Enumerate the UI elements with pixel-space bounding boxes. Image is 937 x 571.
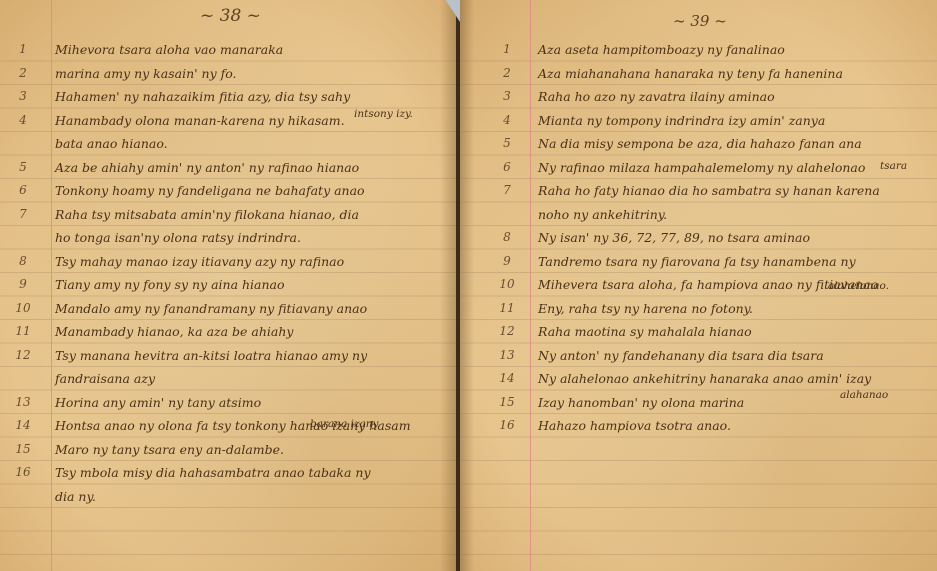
text-line: 4Mianta ny tompony indrindra izy amin' z… [460, 109, 937, 133]
line-number: 15 [8, 438, 38, 462]
text-line: 5Aza be ahiahy amin' ny anton' ny rafina… [0, 156, 458, 180]
text-line: 13Horina any amin' ny tany atsimo [0, 391, 458, 415]
page-number: ~ 38 ~ [200, 6, 261, 26]
line-number: 5 [492, 132, 522, 156]
line-text: Tiany amy ny fony sy ny aina hianao [55, 273, 285, 297]
line-text: Tsy mbola misy dia hahasambatra anao tab… [55, 461, 371, 485]
line-text: Na dia misy sempona be aza, dia hahazo f… [538, 132, 862, 156]
line-number: 3 [8, 85, 38, 109]
line-text: Hahazo hampiova tsotra anao. [538, 414, 731, 438]
line-number: 8 [8, 250, 38, 274]
line-text: Maro ny tany tsara eny an-dalambe. [55, 438, 284, 462]
line-number: 15 [492, 391, 522, 415]
line-text: bata anao hianao. [55, 132, 168, 156]
text-line: ho tonga isan'ny olona ratsy indrindra. [0, 226, 458, 250]
line-text: Izay hanomban' ny olona marina [538, 391, 744, 415]
text-line: 9Tiany amy ny fony sy ny aina hianao [0, 273, 458, 297]
right-page: ~ 39 ~ 1Aza aseta hampitomboazy ny fanal… [460, 0, 937, 571]
line-number: 13 [8, 391, 38, 415]
line-text: Raha maotina sy mahalala hianao [538, 320, 752, 344]
line-text: Ny anton' ny fandehanany dia tsara dia t… [538, 344, 824, 368]
line-text: Hahamen' ny nahazaikim fitia azy, dia ts… [55, 85, 350, 109]
line-number: 11 [8, 320, 38, 344]
text-line: 7Raha tsy mitsabata amin'ny filokana hia… [0, 203, 458, 227]
line-number: 8 [492, 226, 522, 250]
line-text: Tandremo tsara ny fiarovana fa tsy hanam… [538, 250, 856, 274]
line-text: Hanambady olona manan-karena ny hikasam. [55, 109, 345, 133]
text-line: 3Hahamen' ny nahazaikim fitia azy, dia t… [0, 85, 458, 109]
interlinear-note: alahelonao. [828, 280, 889, 292]
line-number: 9 [8, 273, 38, 297]
line-number: 12 [8, 344, 38, 368]
line-number: 6 [8, 179, 38, 203]
text-line: 6Tonkony hoamy ny fandeligana ne bahafat… [0, 179, 458, 203]
interlinear-note: intsony izy. [354, 108, 413, 120]
text-line: 16Hahazo hampiova tsotra anao. [460, 414, 937, 438]
line-text: ho tonga isan'ny olona ratsy indrindra. [55, 226, 301, 250]
line-number: 4 [8, 109, 38, 133]
text-line: fandraisana azy [0, 367, 458, 391]
line-number: 1 [8, 38, 38, 62]
line-text: fandraisana azy [55, 367, 155, 391]
line-number: 16 [8, 461, 38, 485]
text-line: 14Ny alahelonao ankehitriny hanaraka ana… [460, 367, 937, 391]
line-text: Ny isan' ny 36, 72, 77, 89, no tsara ami… [538, 226, 810, 250]
line-number: 9 [492, 250, 522, 274]
text-line: 11Eny, raha tsy ny harena no fotony. [460, 297, 937, 321]
text-line: 10Mandalo amy ny fanandramany ny fitiava… [0, 297, 458, 321]
text-line: 8Ny isan' ny 36, 72, 77, 89, no tsara am… [460, 226, 937, 250]
line-number: 3 [492, 85, 522, 109]
left-page: ~ 38 ~ 1Mihevora tsara aloha vao manarak… [0, 0, 459, 571]
text-line: 12Tsy manana hevitra an-kitsi loatra hia… [0, 344, 458, 368]
line-text: marina amy ny kasain' ny fo. [55, 62, 237, 86]
text-line: 11Manambady hianao, ka aza be ahiahy [0, 320, 458, 344]
line-text: Manambady hianao, ka aza be ahiahy [55, 320, 293, 344]
text-line: 5Na dia misy sempona be aza, dia hahazo … [460, 132, 937, 156]
line-text: Aza miahanahana hanaraka ny teny fa hane… [538, 62, 843, 86]
line-number: 10 [492, 273, 522, 297]
interlinear-note: tsara [880, 160, 907, 172]
text-line: dia ny. [0, 485, 458, 509]
text-line: 1Aza aseta hampitomboazy ny fanalinao [460, 38, 937, 62]
line-text: Mandalo amy ny fanandramany ny fitiavany… [55, 297, 367, 321]
line-number: 6 [492, 156, 522, 180]
line-number: 2 [492, 62, 522, 86]
line-text: dia ny. [55, 485, 96, 509]
text-line: 1Mihevora tsara aloha vao manaraka [0, 38, 458, 62]
text-line: 2Aza miahanahana hanaraka ny teny fa han… [460, 62, 937, 86]
line-text: Raha ho faty hianao dia ho sambatra sy h… [538, 179, 880, 203]
text-line: 13Ny anton' ny fandehanany dia tsara dia… [460, 344, 937, 368]
line-number: 7 [8, 203, 38, 227]
line-text: noho ny ankehitriny. [538, 203, 667, 227]
line-number: 10 [8, 297, 38, 321]
line-number: 1 [492, 38, 522, 62]
line-number: 13 [492, 344, 522, 368]
text-line: 9Tandremo tsara ny fiarovana fa tsy hana… [460, 250, 937, 274]
line-text: Aza aseta hampitomboazy ny fanalinao [538, 38, 785, 62]
line-number: 7 [492, 179, 522, 203]
line-text: Raha ho azo ny zavatra ilainy aminao [538, 85, 775, 109]
line-number: 11 [492, 297, 522, 321]
open-notebook: ~ 38 ~ 1Mihevora tsara aloha vao manarak… [0, 0, 937, 571]
line-number: 4 [492, 109, 522, 133]
line-text: Ny alahelonao ankehitriny hanaraka anao … [538, 367, 871, 391]
text-line: 16Tsy mbola misy dia hahasambatra anao t… [0, 461, 458, 485]
interlinear-note: alahanao [840, 389, 888, 401]
text-line: noho ny ankehitriny. [460, 203, 937, 227]
page-number: ~ 39 ~ [673, 12, 727, 30]
line-text: Horina any amin' ny tany atsimo [55, 391, 261, 415]
line-text: Eny, raha tsy ny harena no fotony. [538, 297, 753, 321]
line-number: 14 [492, 367, 522, 391]
interlinear-note: barana izany. [310, 418, 380, 430]
line-text: Aza be ahiahy amin' ny anton' ny rafinao… [55, 156, 359, 180]
line-number: 2 [8, 62, 38, 86]
text-line: 2marina amy ny kasain' ny fo. [0, 62, 458, 86]
text-line: 3Raha ho azo ny zavatra ilainy aminao [460, 85, 937, 109]
line-number: 16 [492, 414, 522, 438]
line-number: 5 [8, 156, 38, 180]
line-text: Tonkony hoamy ny fandeligana ne bahafaty… [55, 179, 365, 203]
text-line: bata anao hianao. [0, 132, 458, 156]
text-line: 12Raha maotina sy mahalala hianao [460, 320, 937, 344]
text-line: 15Maro ny tany tsara eny an-dalambe. [0, 438, 458, 462]
text-line: 7Raha ho faty hianao dia ho sambatra sy … [460, 179, 937, 203]
line-text: Ny rafinao milaza hampahalemelomy ny ala… [538, 156, 865, 180]
line-number: 14 [8, 414, 38, 438]
line-text: Raha tsy mitsabata amin'ny filokana hian… [55, 203, 359, 227]
line-text: Mihevora tsara aloha vao manaraka [55, 38, 283, 62]
text-line: 6Ny rafinao milaza hampahalemelomy ny al… [460, 156, 937, 180]
handwritten-lines: 1Aza aseta hampitomboazy ny fanalinao2Az… [460, 38, 937, 438]
line-text: Tsy mahay manao izay itiavany azy ny raf… [55, 250, 344, 274]
text-line: 14Hontsa anao ny olona fa tsy tonkony ha… [0, 414, 458, 438]
line-text: Mianta ny tompony indrindra izy amin' za… [538, 109, 825, 133]
line-number: 12 [492, 320, 522, 344]
text-line: 8Tsy mahay manao izay itiavany azy ny ra… [0, 250, 458, 274]
line-text: Tsy manana hevitra an-kitsi loatra hiana… [55, 344, 367, 368]
